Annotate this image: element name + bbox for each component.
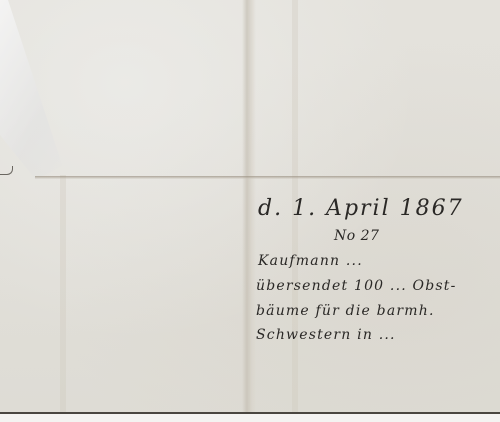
- vertical-fold-line-left: [60, 175, 66, 413]
- background-strip: [0, 414, 500, 422]
- body-line-2: übersendet 100 ... Obst-: [256, 278, 457, 294]
- body-line-1: Kaufmann ...: [258, 253, 363, 269]
- vertical-fold-crease: [242, 0, 256, 413]
- horizontal-fold-crease: [35, 176, 500, 179]
- letter-paper: d. 1. April 1867 No 27 Kaufmann ... über…: [0, 0, 500, 413]
- number-line: No 27: [334, 228, 379, 244]
- body-line-3: bäume für die barmh.: [256, 303, 435, 319]
- date-line: d. 1. April 1867: [258, 196, 464, 221]
- body-line-4: Schwestern in ...: [256, 327, 396, 343]
